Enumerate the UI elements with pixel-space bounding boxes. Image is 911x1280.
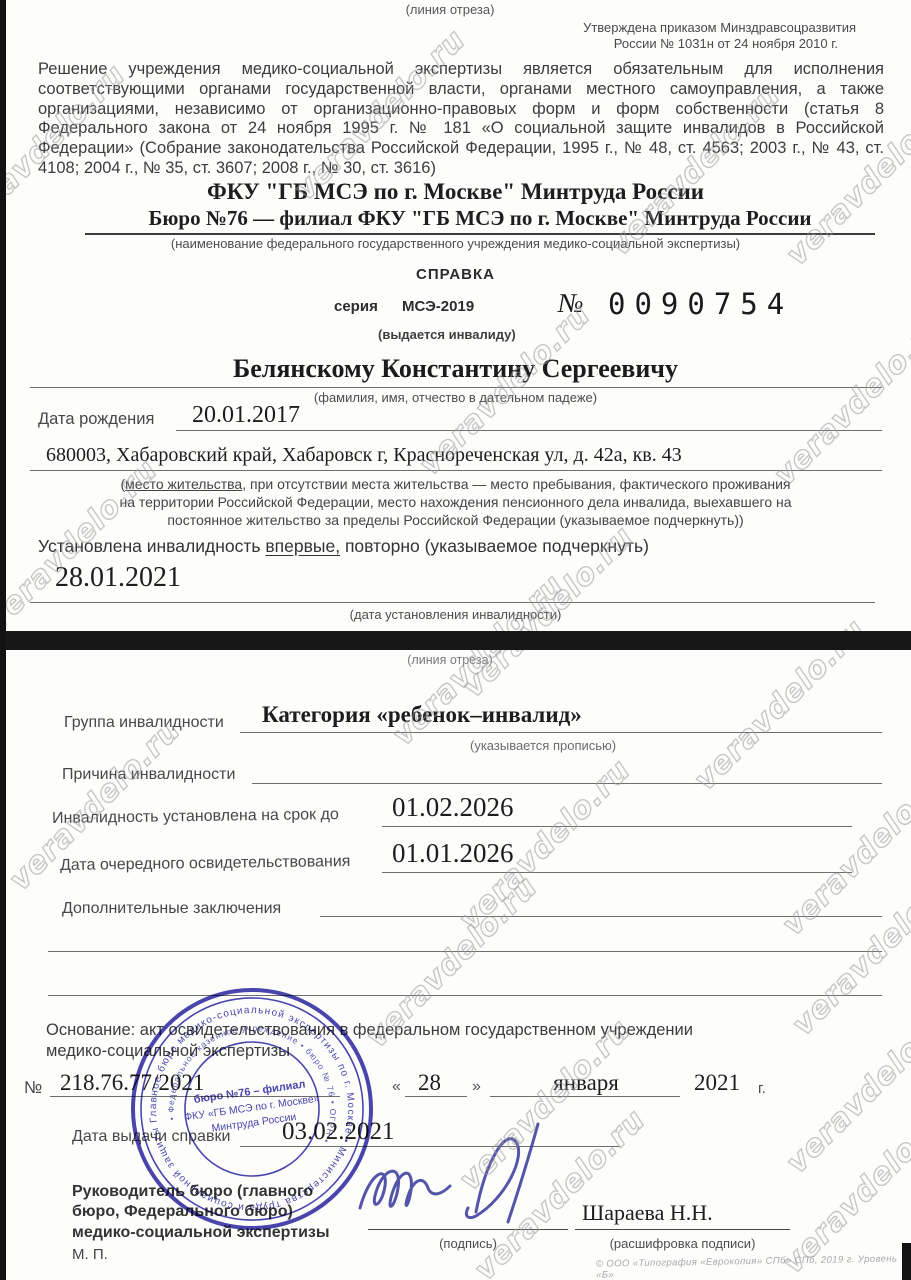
act-number-sign: №: [24, 1078, 42, 1098]
established-date-value: 28.01.2021: [55, 562, 181, 594]
approval-note-line1: Утверждена приказом Минздравсоцразвития: [436, 20, 856, 36]
underline: [382, 826, 852, 827]
name-caption: (фамилия, имя, отчество в дательном паде…: [0, 390, 911, 405]
signer-name-caption: (расшифровка подписи): [575, 1236, 790, 1251]
address-caption-line1: (место жительства, при отсутствии места …: [0, 476, 911, 494]
doc-title: СПРАВКА: [0, 266, 911, 283]
act-month-value: января: [492, 1070, 680, 1096]
address-value: 680003, Хабаровский край, Хабаровск г, К…: [46, 444, 682, 467]
address-caption-line3: постоянное жительство за пределы Российс…: [0, 512, 911, 530]
official-stamp: Главное бюро медико-социальной экспертиз…: [110, 967, 395, 1252]
watermark-text: veravdelo.ru: [779, 995, 911, 1180]
underline: [30, 470, 882, 471]
mp-label: М. П.: [72, 1246, 108, 1263]
number-value: 0090754: [608, 287, 793, 321]
signer-name-line: [575, 1229, 790, 1230]
underline: [490, 1096, 680, 1097]
scan-edge-bottom-right: [902, 1243, 911, 1280]
group-value: Категория «ребенок–инвалид»: [262, 702, 582, 728]
birth-date-value: 20.01.2017: [192, 402, 300, 429]
act-day-value: 28: [418, 1070, 441, 1096]
separator-band: [0, 631, 911, 650]
underline: [176, 430, 882, 431]
org-name-line1: ФКУ "ГБ МСЭ по г. Москве" Минтруда Росси…: [0, 179, 911, 205]
established-date-caption: (дата установления инвалидности): [0, 607, 911, 622]
blank-line: [48, 951, 882, 952]
signer-name: Шараева Н.Н.: [582, 1200, 713, 1226]
disability-established-line: Установлена инвалидность впервые, повтор…: [38, 536, 649, 557]
signature-caption: (подпись): [368, 1236, 568, 1251]
number-sign: №: [558, 288, 583, 319]
underline: [252, 783, 882, 784]
next-exam-value: 01.01.2026: [392, 838, 514, 869]
address-caption: (место жительства, при отсутствии места …: [0, 476, 911, 530]
underline: [382, 872, 852, 873]
scanned-certificate: (линия отреза) Утверждена приказом Минзд…: [0, 0, 911, 1280]
act-year-suffix: г.: [758, 1080, 766, 1097]
intro-paragraph: Решение учреждения медико-социальной экс…: [38, 60, 884, 179]
act-quote-close: »: [472, 1078, 481, 1096]
term-label: Инвалидность установлена на срок до: [52, 806, 339, 828]
underline: [320, 916, 882, 917]
underline: [405, 1096, 467, 1097]
act-year-value: 2021: [694, 1070, 740, 1096]
underline: [240, 732, 882, 733]
watermark-text: veravdelo.ru: [775, 757, 911, 942]
cut-line-top: (линия отреза): [330, 2, 570, 17]
recipient-name: Белянскому Константину Сергеевичу: [0, 354, 911, 384]
issued-caption: (выдается инвалиду): [378, 327, 516, 342]
approval-note-line2: России № 1031н от 24 ноября 2010 г.: [436, 36, 856, 52]
series-value: МСЭ-2019: [402, 298, 474, 315]
next-exam-label: Дата очередного освидетельствования: [60, 853, 351, 875]
underline: [30, 602, 875, 603]
printer-note: © ООО «Типография «Еврокопия» СПб» СПб, …: [596, 1253, 911, 1280]
group-label: Группа инвалидности: [64, 714, 224, 732]
group-caption: (указывается прописью): [470, 738, 616, 753]
address-caption-line2: на территории Российской Федерации, мест…: [0, 494, 911, 512]
cause-label: Причина инвалидности: [62, 766, 235, 784]
cut-line-bottom: (линия отреза): [330, 653, 570, 667]
term-value: 01.02.2026: [392, 792, 514, 823]
underline: [30, 387, 882, 388]
approval-note: Утверждена приказом Минздравсоцразвития …: [436, 20, 856, 53]
act-quote-open: «: [392, 1078, 401, 1096]
watermark-text: veravdelo.ru: [775, 1095, 911, 1280]
org-caption: (наименование федерального государственн…: [0, 236, 911, 251]
scan-edge-left: [0, 0, 6, 1280]
birth-date-label: Дата рождения: [38, 410, 154, 429]
watermark-text: veravdelo.ru: [785, 857, 911, 1042]
additional-label: Дополнительные заключения: [62, 900, 281, 918]
org-name-line2: Бюро №76 — филиал ФКУ "ГБ МСЭ по г. Моск…: [85, 206, 875, 235]
series-label: серия: [334, 298, 378, 315]
